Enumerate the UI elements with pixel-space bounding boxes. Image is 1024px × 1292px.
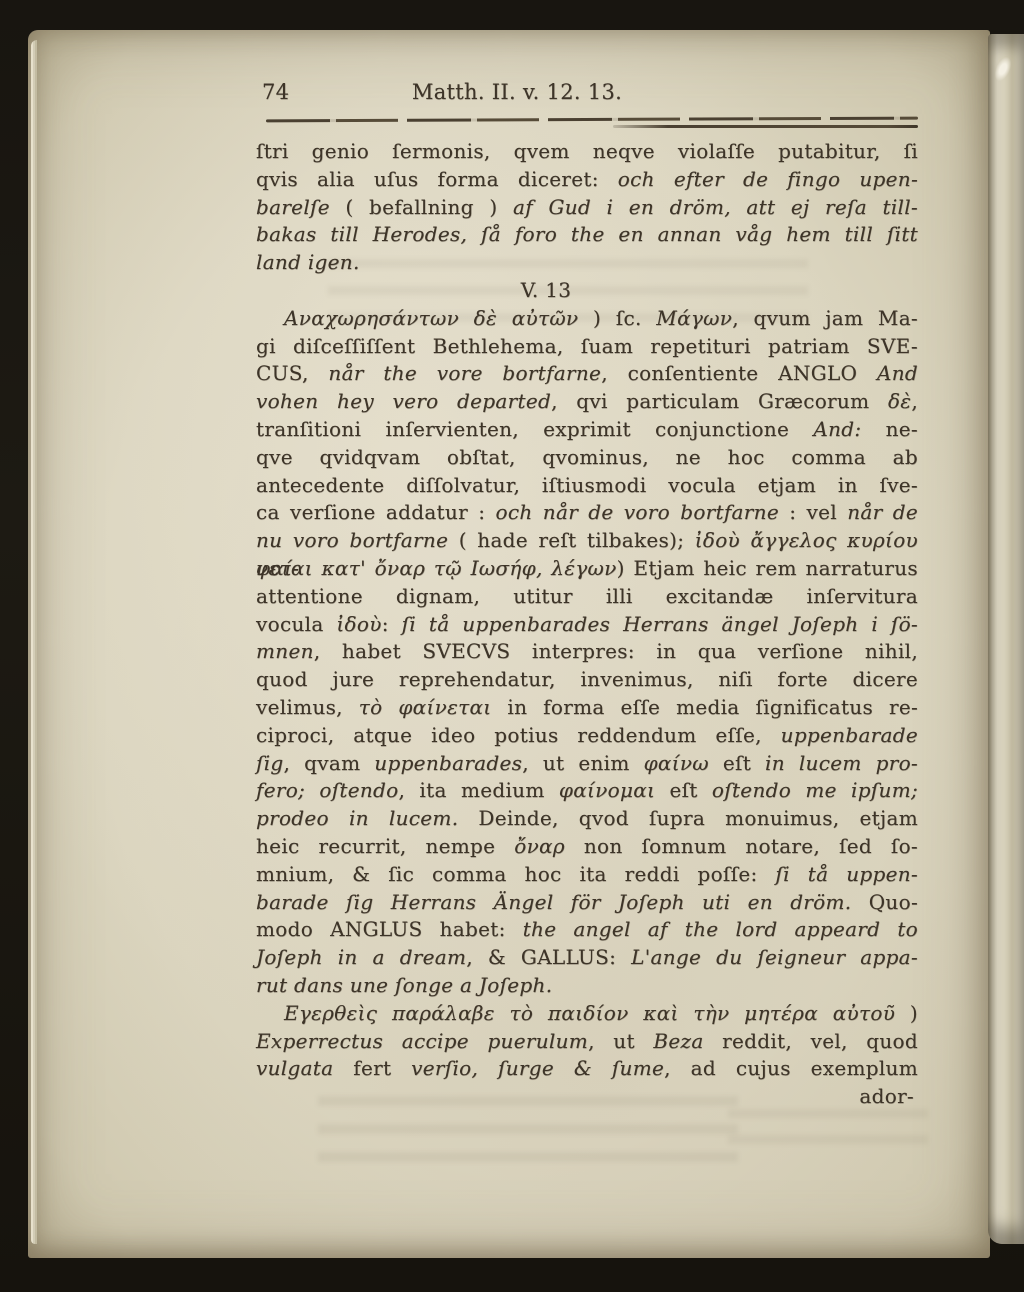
text-line: vulgata fert verſio, ſurge & ſume, ad cu… (256, 1055, 918, 1083)
text-segment: gi diſceſſiſſent Bethlehema, ſuam repeti… (256, 334, 918, 358)
text-segment: ( befallning ) (330, 195, 513, 219)
text-segment: rut dans une ſonge a Joſeph. (256, 973, 552, 997)
text-segment: L'ange du ſeigneur appa- (631, 945, 918, 969)
page-stack-edge (31, 40, 37, 1244)
text-line: Εγερθεὶς παράλαβε τὸ παιδίον καὶ τὴν μητ… (256, 1000, 918, 1028)
text-segment: in forma eſſe media ſignificatus re- (491, 695, 918, 719)
text-segment: CUS, (256, 361, 328, 385)
text-line: heic recurrit, nempe ὄναρ non ſomnum not… (256, 833, 918, 861)
text-segment: heic recurrit, nempe (256, 834, 514, 858)
text-segment: , qvi particulam Græcorum (551, 389, 888, 413)
text-segment: , ut (588, 1029, 653, 1053)
text-segment: φαίνω (644, 751, 709, 775)
text-segment: τὸ φαίνεται (359, 695, 492, 719)
text-segment: ſi tå uppen- (775, 862, 918, 886)
text-line: antecedente diſſolvatur, iſtiusmodi vocu… (256, 472, 918, 500)
next-page-fore-edge (988, 34, 1024, 1244)
text-segment: ador- (859, 1084, 914, 1108)
text-line: vocula ἰδοὺ: ſi tå uppenbarades Herrans … (256, 611, 918, 639)
text-line: vohen hey vero departed, qvi particulam … (256, 388, 918, 416)
text-segment: the angel af the lord appeard to (523, 917, 918, 941)
text-segment: når the vore bortfarne (328, 361, 601, 385)
text-line: mnium, & ſic comma hoc ita reddi poſſe: … (256, 861, 918, 889)
text-segment: mnium, & ſic comma hoc ita reddi poſſe: (256, 862, 775, 886)
text-segment: δὲ (888, 389, 911, 413)
text-line: gi diſceſſiſſent Bethlehema, ſuam repeti… (256, 333, 918, 361)
text-segment: Μάγων (656, 306, 732, 330)
text-segment: φαίνομαι (559, 778, 655, 802)
text-line: land igen. (256, 249, 918, 277)
text-segment: V. 13 (521, 278, 572, 302)
text-segment: prodeo in lucem. (256, 806, 458, 830)
text-line: Αναχωρησάντων δὲ αὐτῶν ) ſc. Μάγων, qvum… (256, 305, 918, 333)
text-segment (478, 1056, 498, 1080)
text-segment: barelſe (256, 195, 330, 219)
header-rule (256, 112, 918, 134)
text-line: quod jure reprehendatur, invenimus, niſi… (256, 666, 918, 694)
text-segment: Quo- (851, 890, 918, 914)
text-segment: attentione dignam, utitur illi excitandæ… (256, 584, 918, 608)
text-segment: uppenbarade (781, 723, 918, 747)
text-segment: And: (813, 417, 861, 441)
text-segment: qve qvidqvam obſtat, qvominus, ne hoc co… (256, 445, 918, 469)
text-line: modo ANGLUS habet: the angel af the lord… (256, 916, 918, 944)
text-segment: non ſomnum notare, ſed ſo- (565, 834, 918, 858)
text-line: qvis alia uſus forma diceret: och efter … (256, 166, 918, 194)
text-line: fero; oſtendo, ita medium φαίνομαι eſt o… (256, 777, 918, 805)
text-segment: Beza (653, 1029, 703, 1053)
text-segment: , habet SVECVS interpres: in qua verſion… (314, 639, 918, 663)
text-segment: νεται κατ' ὄναρ τῷ Ιωσήφ, λέγων (256, 556, 617, 580)
text-segment: fert (333, 1056, 411, 1080)
text-segment: reddit, vel, quod (704, 1029, 918, 1053)
text-line: nu voro bortfarne ( hade reſt tilbakes);… (256, 527, 918, 555)
text-segment: , & GALLUS: (466, 945, 631, 969)
text-segment: , (911, 389, 918, 413)
text-segment: And (877, 361, 918, 385)
text-segment: , qvum jam Ma- (732, 306, 918, 330)
running-title: Matth. II. v. 12. 13. (256, 80, 918, 104)
text-segment: når de (847, 500, 918, 524)
text-segment: antecedente diſſolvatur, iſtiusmodi vocu… (256, 473, 918, 497)
book-scan: 74 Matth. II. v. 12. 13. ſtri genio ſerm… (0, 0, 1024, 1292)
text-segment: ſig (256, 751, 284, 775)
text-segment: in lucem pro- (765, 751, 918, 775)
text-segment: land igen. (256, 250, 360, 274)
text-segment: ἰδοὺ (336, 612, 381, 636)
text-segment: af Gud i en dröm, att ej reſa till- (513, 195, 918, 219)
text-line: velimus, τὸ φαίνεται in forma eſſe media… (256, 694, 918, 722)
header-rule-top (266, 117, 918, 123)
text-segment: barade ſig Herrans Ängel för Joſeph uti … (256, 890, 851, 914)
text-segment: ciproci, atque ideo potius reddendum eſſ… (256, 723, 781, 747)
text-segment: ſurge & ſume (498, 1056, 664, 1080)
catchword: ador- (256, 1083, 918, 1111)
text-segment: modo ANGLUS habet: (256, 917, 523, 941)
text-segment: vocula (256, 612, 336, 636)
text-line: rut dans une ſonge a Joſeph. (256, 972, 918, 1000)
text-segment: vulgata (256, 1056, 333, 1080)
text-line: ciproci, atque ideo potius reddendum eſſ… (256, 722, 918, 750)
text-line: tranſitioni inſervienten, exprimit conju… (256, 416, 918, 444)
text-segment: , ita medium (399, 778, 559, 802)
text-segment: nu voro bortfarne (256, 528, 448, 552)
text-segment: quod jure reprehendatur, invenimus, niſi… (256, 667, 918, 691)
text-line: attentione dignam, utitur illi excitandæ… (256, 583, 918, 611)
text-line: ca verſione addatur : och når de voro bo… (256, 499, 918, 527)
text-line: ſtri genio ſermonis, qvem neqve violaſſe… (256, 138, 918, 166)
text-segment: ca verſione addatur : (256, 500, 496, 524)
text-segment: Deinde, qvod ſupra monuimus, etjam (458, 806, 918, 830)
text-line: CUS, når the vore bortfarne, conſentient… (256, 360, 918, 388)
text-segment: ) ſc. (578, 306, 656, 330)
book-page: 74 Matth. II. v. 12. 13. ſtri genio ſerm… (28, 30, 990, 1258)
text-segment: Εγερθεὶς παράλαβε τὸ παιδίον καὶ τὴν μητ… (284, 1001, 895, 1025)
text-segment: eſt (655, 778, 712, 802)
text-segment: eſt (709, 751, 765, 775)
header-rule-bottom (613, 125, 918, 128)
text-segment: : (382, 612, 402, 636)
text-segment: Experrectus accipe puerulum (256, 1029, 588, 1053)
text-segment: Joſeph in a dream (256, 945, 466, 969)
text-segment: oſtendo me ipſum; (712, 778, 918, 802)
text-segment: vohen hey vero departed (256, 389, 551, 413)
text-segment: ne- (861, 417, 918, 441)
text-segment: verſio, (411, 1056, 478, 1080)
text-segment: , qvam (284, 751, 375, 775)
text-segment: ſi tå uppenbarades Herrans ängel Joſeph … (402, 612, 918, 636)
text-segment: ( hade reſt tilbakes); (448, 528, 695, 552)
text-line: Experrectus accipe puerulum, ut Beza red… (256, 1028, 918, 1056)
text-line: bakas till Herodes, ſå foro the en annan… (256, 221, 918, 249)
text-segment: qvis alia uſus forma diceret: (256, 167, 618, 191)
page-number: 74 (262, 80, 289, 104)
text-segment: mnen (256, 639, 314, 663)
text-line: qve qvidqvam obſtat, qvominus, ne hoc co… (256, 444, 918, 472)
text-segment: och efter de fingo upen- (618, 167, 918, 191)
text-line: ſig, qvam uppenbarades, ut enim φαίνω eſ… (256, 750, 918, 778)
text-line: barelſe ( befallning ) af Gud i en dröm,… (256, 194, 918, 222)
text-segment: , ut enim (522, 751, 643, 775)
text-line: mnen, habet SVECVS interpres: in qua ver… (256, 638, 918, 666)
text-segment: uppenbarades (374, 751, 522, 775)
text-line: νεται κατ' ὄναρ τῷ Ιωσήφ, λέγων) Etjam h… (256, 555, 918, 583)
text-segment: ) (895, 1001, 918, 1025)
text-line: barade ſig Herrans Ängel för Joſeph uti … (256, 889, 918, 917)
text-segment: tranſitioni inſervienten, exprimit conju… (256, 417, 813, 441)
text-column: 74 Matth. II. v. 12. 13. ſtri genio ſerm… (256, 80, 918, 1111)
section-heading: V. 13 (256, 277, 918, 305)
text-line: prodeo in lucem. Deinde, qvod ſupra monu… (256, 805, 918, 833)
text-segment: velimus, (256, 695, 359, 719)
text-segment: , ad cujus exemplum (664, 1056, 918, 1080)
text-segment: ſtri genio ſermonis, qvem neqve violaſſe… (256, 139, 918, 163)
text-segment: ὄναρ (514, 834, 565, 858)
text-segment: , conſentiente ANGLO (601, 361, 877, 385)
text-segment: bakas till Herodes, ſå foro the en annan… (256, 222, 918, 246)
page-header: 74 Matth. II. v. 12. 13. (256, 80, 918, 110)
text-segment: Αναχωρησάντων δὲ αὐτῶν (284, 306, 578, 330)
text-segment: : vel (779, 500, 847, 524)
text-line: Joſeph in a dream, & GALLUS: L'ange du ſ… (256, 944, 918, 972)
text-lines: ſtri genio ſermonis, qvem neqve violaſſe… (256, 138, 918, 1111)
text-segment: och når de voro bortfarne (496, 500, 779, 524)
text-segment: ) Etjam heic rem narraturus (617, 556, 918, 580)
text-segment: fero; oſtendo (256, 778, 399, 802)
